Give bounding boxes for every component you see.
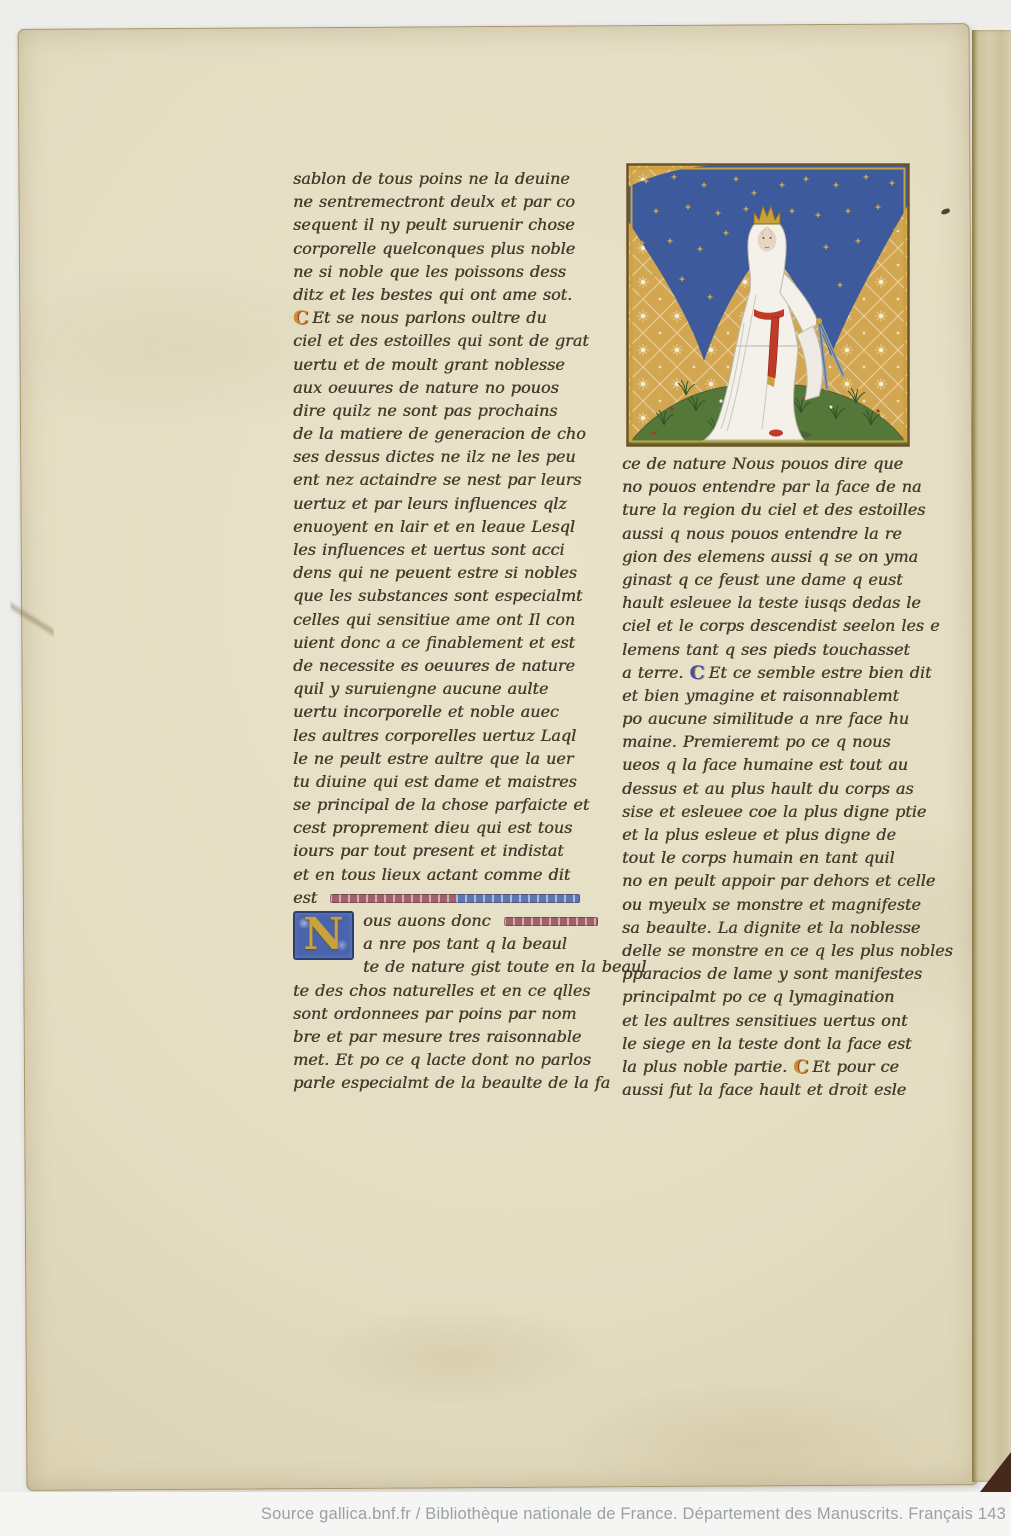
text-line: gion des elemens aussi q se on yma — [622, 545, 922, 568]
text-line: sont ordonnees par poins par nom — [293, 1002, 590, 1025]
text-line: la plus noble partie. CEt pour ce — [622, 1055, 922, 1078]
paraph-mark-blue: C — [689, 664, 704, 683]
miniature-illustration — [626, 163, 910, 447]
text-line: et en tous lieux actant comme dit — [293, 863, 590, 886]
text-line: uertuz et par leurs influences qlz — [293, 492, 590, 515]
text-line: les influences et uertus sont acci — [293, 538, 590, 561]
text-line: sa beaulte. La dignite et la noblesse — [622, 916, 922, 939]
red-shoe — [769, 430, 783, 437]
next-folio-edge — [972, 30, 1011, 1482]
text-line: et la plus esleue et plus digne de — [622, 823, 922, 846]
text-line: le ne peult estre aultre que la uer — [293, 747, 590, 770]
text-line: dire quilz ne sont pas prochains — [293, 399, 590, 422]
line-filler-red — [504, 917, 598, 926]
text-line: po aucune similitude a nre face hu — [622, 707, 922, 730]
text-line: ce de nature Nous pouos dire que — [622, 452, 922, 475]
text-line: ginast q ce feust une dame q eust — [622, 568, 922, 591]
text-line: corporelle quelconques plus noble — [293, 237, 590, 260]
text-line: dessus et au plus hault du corps as — [622, 777, 922, 800]
text-line: aussi q nous pouos entendre la re — [622, 522, 922, 545]
text-line: lemens tant q ses pieds touchasset — [622, 638, 922, 661]
text-line: no pouos entendre par la face de na — [622, 475, 922, 498]
source-attribution: Source gallica.bnf.fr / Bibliothèque nat… — [261, 1505, 1006, 1524]
line-filler-red-blue — [330, 894, 580, 903]
text-line: aux oeuures de nature no pouos — [293, 376, 590, 399]
miniature-dame-nature — [626, 163, 910, 447]
text-line: de necessite es oeuures de nature — [293, 654, 590, 677]
text-line: que les substances sont especialmt — [293, 584, 590, 607]
text-line: ent nez actaindre se nest par leurs — [293, 468, 590, 491]
parchment-scratch — [10, 594, 55, 644]
text-line: uertu incorporelle et noble auec — [293, 700, 590, 723]
text-line: met. Et po ce q lacte dont no parlos — [293, 1048, 590, 1071]
text-line: uertu et de moult grant noblesse — [293, 353, 590, 376]
text-line: sablon de tous poins ne la deuine — [293, 167, 590, 190]
text-line: et les aultres sensitiues uertus ont — [622, 1009, 922, 1032]
text-line: ture la region du ciel et des estoilles — [622, 498, 922, 521]
text-line: ciel et des estoilles qui sont de grat — [293, 329, 590, 352]
text-line: le siege en la teste dont la face est — [622, 1032, 922, 1055]
text-line: uient donc a ce finablement et est — [293, 631, 590, 654]
paraph-mark-gold: C — [793, 1058, 808, 1077]
text-line: iours par tout present et indistat — [293, 839, 590, 862]
text-line: aussi fut la face hault et droit esle — [622, 1078, 922, 1101]
illuminated-initial: N — [293, 911, 354, 960]
text-line: parle especialmt de la beaulte de la fa — [293, 1071, 590, 1094]
text-line: a terre. CEt ce semble estre bien dit — [622, 661, 922, 684]
text-line: de la matiere de generacion de cho — [293, 422, 590, 445]
text-line: quil y suruiengne aucune aulte — [293, 677, 590, 700]
text-line: te des chos naturelles et en ce qlles — [293, 979, 590, 1002]
text-line: ne sentremectront deulx et par co — [293, 190, 590, 213]
text-line: no en peult appoir par dehors et celle — [622, 869, 922, 892]
text-line: les aultres corporelles uertuz Laql — [293, 724, 590, 747]
text-line: tu diuine qui est dame et maistres — [293, 770, 590, 793]
text-line: ciel et le corps descendist seelon les e — [622, 614, 922, 637]
text-line: ses dessus dictes ne ilz ne les peu — [293, 445, 590, 468]
text-line: delle se monstre en ce q les plus nobles — [622, 939, 922, 962]
text-line: ueos q la face humaine est tout au — [622, 753, 922, 776]
text-line: ou myeulx se monstre et magnifeste — [622, 893, 922, 916]
text-line: cest proprement dieu qui est tous — [293, 816, 590, 839]
left-column: sablon de tous poins ne la deuinene sent… — [293, 167, 590, 1095]
text-line: principalmt po ce q lymagination — [622, 985, 922, 1008]
paraph-mark-gold: C — [293, 309, 308, 328]
manuscript-scan: sablon de tous poins ne la deuinene sent… — [0, 0, 1011, 1536]
text-line: maine. Premieremt po ce q nous — [622, 730, 922, 753]
text-line: pparacios de lame y sont manifestes — [622, 962, 922, 985]
text-line: celles qui sensitiue ame ont Il con — [293, 608, 590, 631]
text-line: ne si noble que les poissons dess — [293, 260, 590, 283]
gallica-footer: Source gallica.bnf.fr / Bibliothèque nat… — [0, 1492, 1011, 1536]
text-line: tout le corps humain en tant quil — [622, 846, 922, 869]
text-line: hault esleuee la teste iusqs dedas le — [622, 591, 922, 614]
text-line: et bien ymagine et raisonnablemt — [622, 684, 922, 707]
text-line: sequent il ny peult suruenir chose — [293, 213, 590, 236]
text-line: CEt se nous parlons oultre du — [293, 306, 590, 329]
text-line: ditz et les bestes qui ont ame sot. — [293, 283, 590, 306]
text-line: est — [293, 886, 590, 909]
text-line: sise et esleuee coe la plus digne ptie — [622, 800, 922, 823]
text-line: enuoyent en lair et en leaue Lesql — [293, 515, 590, 538]
text-line: bre et par mesure tres raisonnable — [293, 1025, 590, 1048]
right-column: ce de nature Nous pouos dire queno pouos… — [622, 452, 922, 1101]
text-line: dens qui ne peuent estre si nobles — [293, 561, 590, 584]
text-line: se principal de la chose parfaicte et — [293, 793, 590, 816]
